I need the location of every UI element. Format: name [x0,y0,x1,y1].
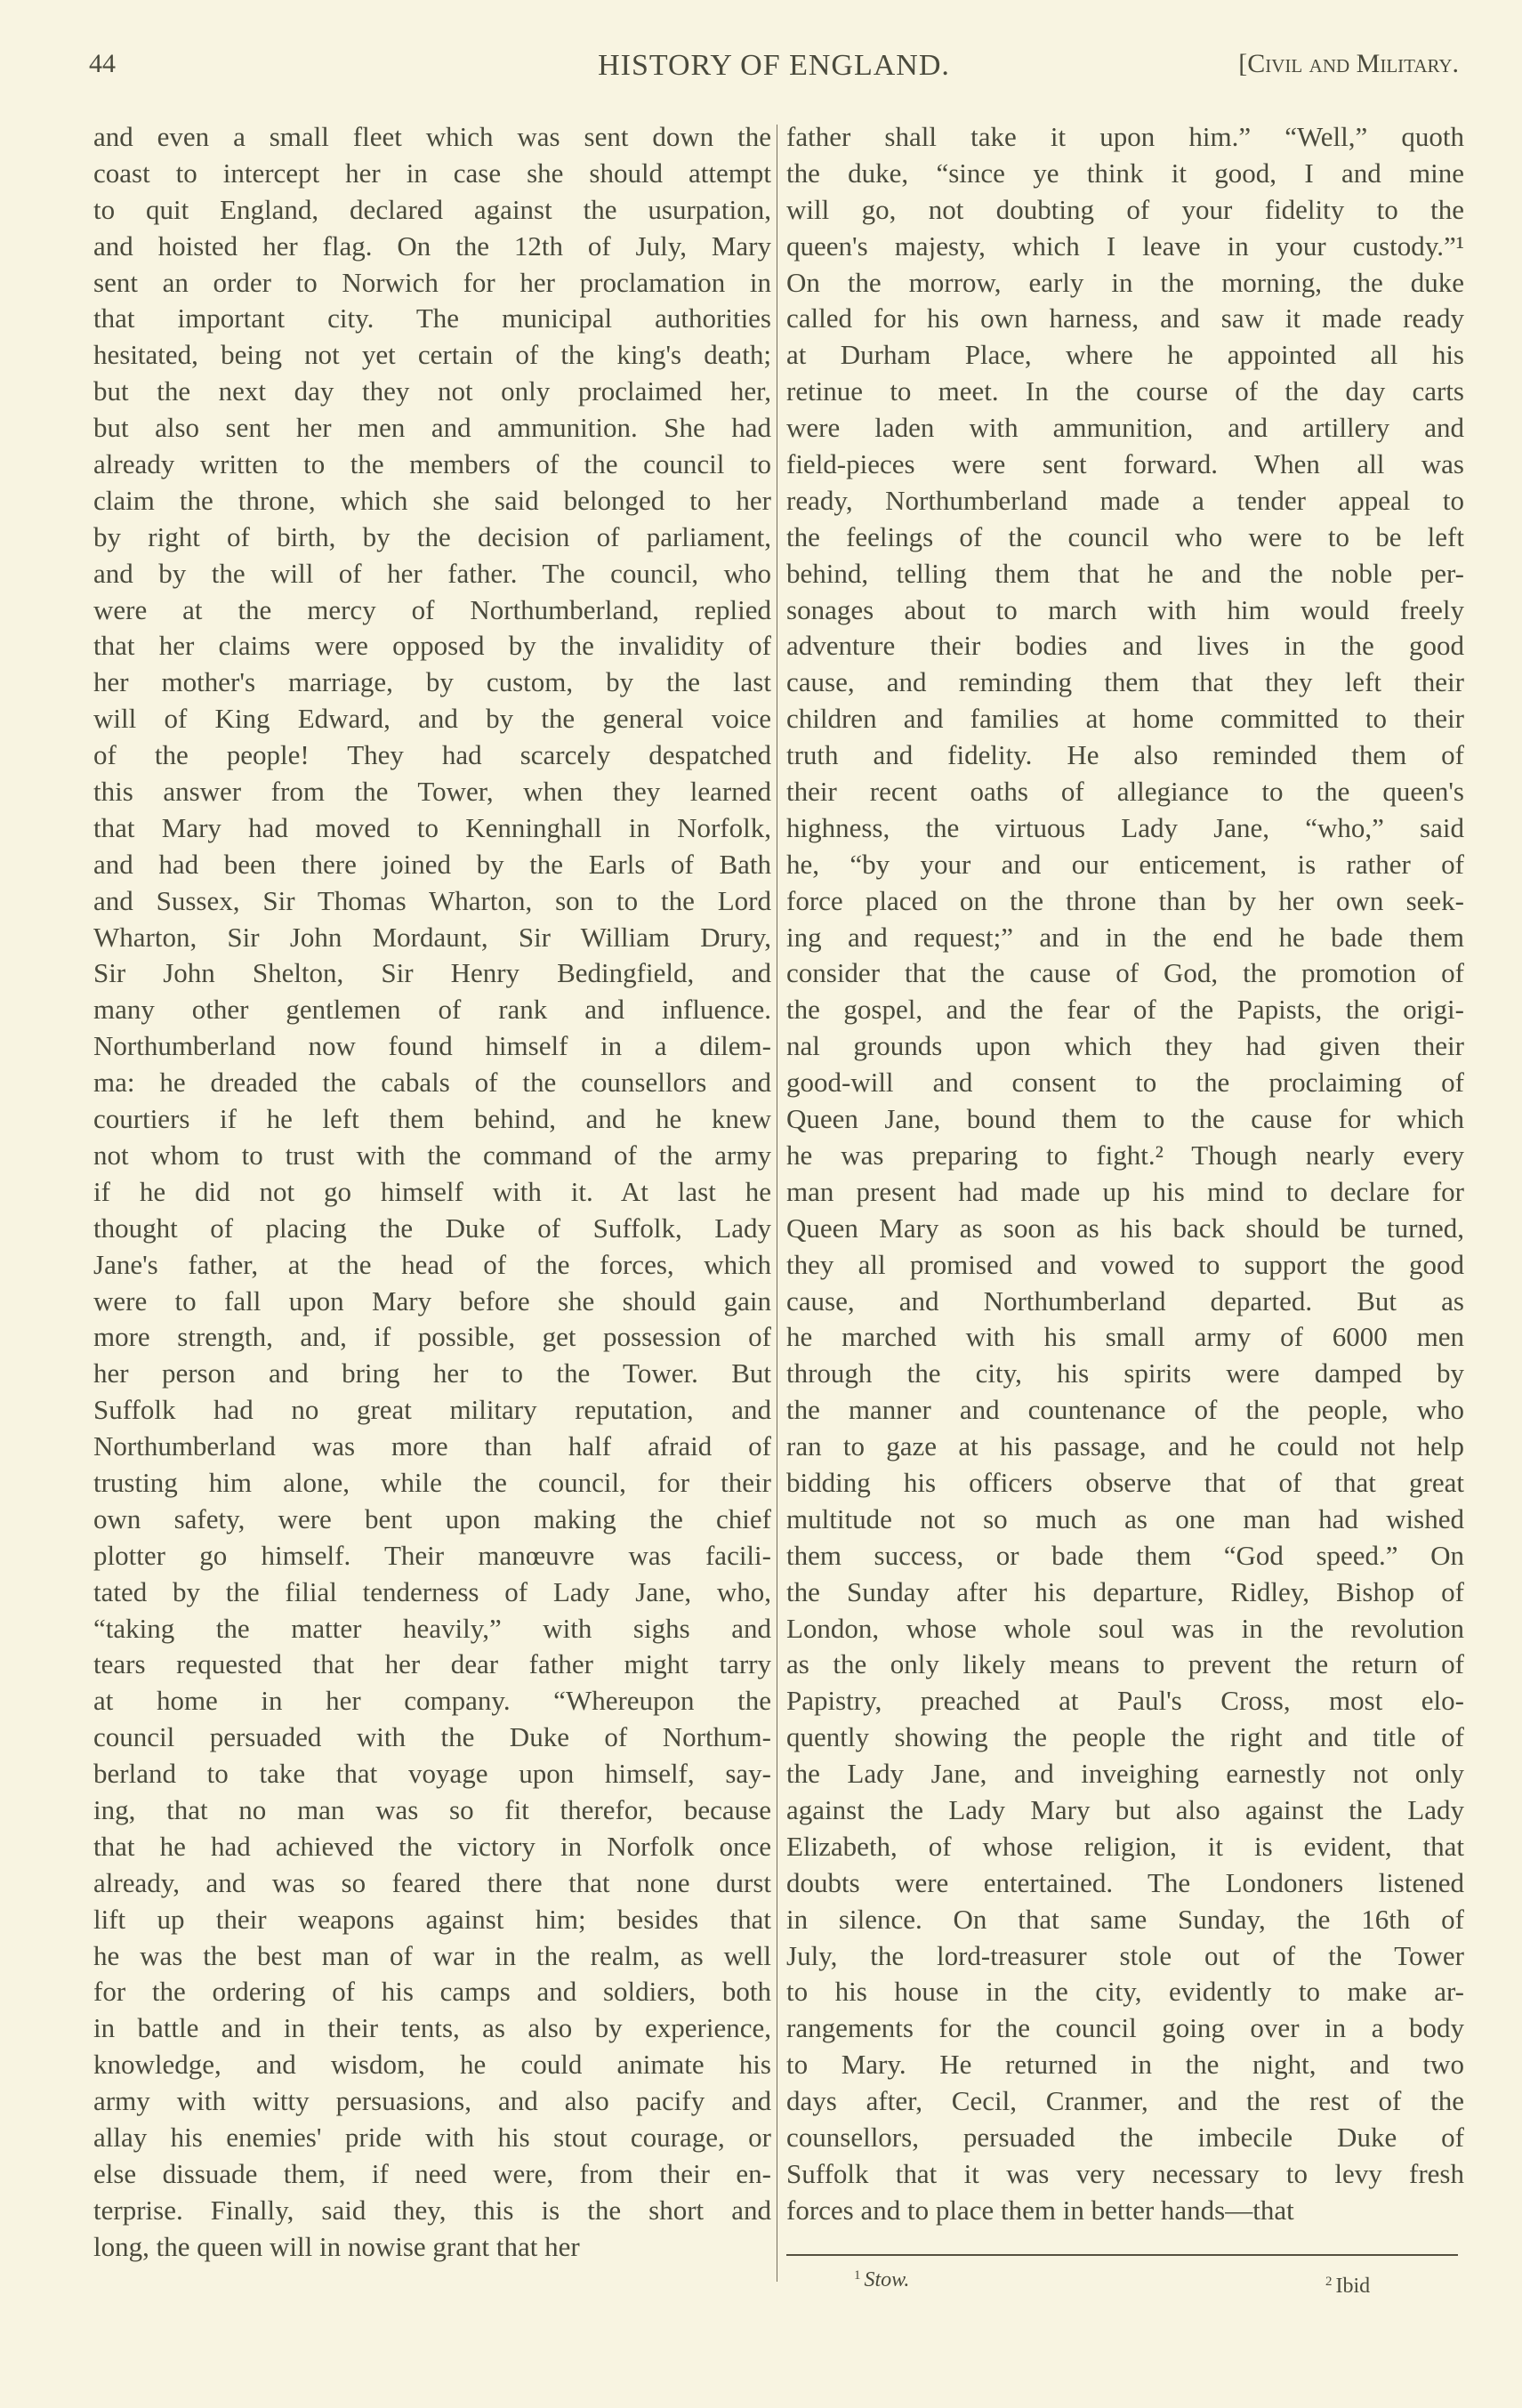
text-line: good-will and consent to the proclaiming… [786,1065,1464,1101]
text-line: the Lady Jane, and inveighing earnestly … [786,1756,1464,1792]
text-line: else dissuade them, if need were, from t… [93,2156,771,2193]
text-line: On the morrow, early in the morning, the… [786,265,1464,302]
text-line: Papistry, preached at Paul's Cross, most… [786,1683,1464,1719]
text-line: cause, and Northumberland departed. But … [786,1284,1464,1320]
text-line: queen's majesty, which I leave in your c… [786,229,1464,265]
text-line: nal grounds upon which they had given th… [786,1028,1464,1065]
text-line: called for his own harness, and saw it m… [786,301,1464,337]
left-column: and even a small fleet which was sent do… [93,119,771,2266]
text-line: the duke, “since ye think it good, I and… [786,156,1464,192]
text-line: berland to take that voyage upon himself… [93,1756,771,1792]
text-line: the gospel, and the fear of the Papists,… [786,992,1464,1028]
text-line: tated by the filial tenderness of Lady J… [93,1574,771,1611]
text-line: forces and to place them in better hands… [786,2193,1464,2229]
text-line: the feelings of the council who were to … [786,519,1464,556]
text-line: doubts were entertained. The Londoners l… [786,1865,1464,1902]
text-line: behind, telling them that he and the nob… [786,556,1464,592]
text-line: not whom to trust with the command of th… [93,1138,771,1174]
right-column: father shall take it upon him.” “Well,” … [786,119,1464,2229]
text-line: army with witty persuasions, and also pa… [93,2083,771,2120]
text-line: that he had achieved the victory in Norf… [93,1829,771,1865]
text-line: for the ordering of his camps and soldie… [93,1974,771,2010]
text-line: own safety, were bent upon making the ch… [93,1502,771,1538]
column-divider [777,125,777,2282]
text-line: that her claims were opposed by the inva… [93,628,771,664]
text-line: to quit England, declared against the us… [93,192,771,229]
text-line: sonages about to march with him would fr… [786,592,1464,629]
text-line: allay his enemies' pride with his stout … [93,2120,771,2156]
text-line: lift up their weapons against him; besid… [93,1902,771,1938]
text-line: were laden with ammunition, and artiller… [786,410,1464,447]
footnote-rule [786,2254,1458,2256]
text-line: more strength, and, if possible, get pos… [93,1319,771,1356]
text-line: rangements for the council going over in… [786,2010,1464,2047]
text-line: to his house in the city, evidently to m… [786,1974,1464,2010]
text-line: truth and fidelity. He also reminded the… [786,737,1464,774]
text-line: in battle and in their tents, as also by… [93,2010,771,2047]
text-line: multitude not so much as one man had wis… [786,1502,1464,1538]
text-line: man present had made up his mind to decl… [786,1174,1464,1211]
text-line: sent an order to Norwich for her proclam… [93,265,771,302]
text-line: that Mary had moved to Kenninghall in No… [93,810,771,847]
text-line: trusting him alone, while the council, f… [93,1465,771,1502]
text-line: counsellors, persuaded the imbecile Duke… [786,2120,1464,2156]
text-line: quently showing the people the right and… [786,1719,1464,1756]
text-line: and even a small fleet which was sent do… [93,119,771,156]
text-line: at Durham Place, where he appointed all … [786,337,1464,374]
text-line: Queen Mary as soon as his back should be… [786,1211,1464,1247]
text-line: and by the will of her father. The counc… [93,556,771,592]
text-line: highness, the virtuous Lady Jane, “who,”… [786,810,1464,847]
footnote-text: Stow. [865,2268,910,2291]
text-line: plotter go himself. Their manœuvre was f… [93,1538,771,1574]
text-line: at home in her company. “Whereupon the [93,1683,771,1719]
text-line: that important city. The municipal autho… [93,301,771,337]
text-line: he marched with his small army of 6000 m… [786,1319,1464,1356]
text-line: London, whose whole soul was in the revo… [786,1611,1464,1647]
text-line: will of King Edward, and by the general … [93,701,771,737]
text-line: her mother's marriage, by custom, by the… [93,664,771,701]
text-line: tears requested that her dear father mig… [93,1647,771,1683]
text-line: consider that the cause of God, the prom… [786,955,1464,992]
text-line: already written to the members of the co… [93,447,771,483]
text-line: many other gentlemen of rank and influen… [93,992,771,1028]
text-line: ready, Northumberland made a tender appe… [786,483,1464,519]
text-line: but the next day they not only proclaime… [93,374,771,410]
footnote-2: 2Ibid [1325,2275,1370,2299]
text-line: were to fall upon Mary before she should… [93,1284,771,1320]
text-line: council persuaded with the Duke of North… [93,1719,771,1756]
text-line: days after, Cecil, Cranmer, and the rest… [786,2083,1464,2120]
text-line: thought of placing the Duke of Suffolk, … [93,1211,771,1247]
text-line: children and families at home committed … [786,701,1464,737]
text-line: Queen Jane, bound them to the cause for … [786,1101,1464,1138]
text-line: Suffolk had no great military reputation… [93,1392,771,1429]
text-line: field-pieces were sent forward. When all… [786,447,1464,483]
text-line: and had been there joined by the Earls o… [93,847,771,883]
text-line: but also sent her men and ammunition. Sh… [93,410,771,447]
footnote-1: 1Stow. [854,2268,909,2292]
footnote-mark: 1 [854,2268,861,2283]
text-line: ran to gaze at his passage, and he could… [786,1429,1464,1465]
text-line: Wharton, Sir John Mordaunt, Sir William … [93,920,771,956]
text-line: ma: he dreaded the cabals of the counsel… [93,1065,771,1101]
text-line: of the people! They had scarcely despatc… [93,737,771,774]
text-line: “taking the matter heavily,” with sighs … [93,1611,771,1647]
text-line: coast to intercept her in case she shoul… [93,156,771,192]
text-line: ing and request;” and in the end he bade… [786,920,1464,956]
text-line: courtiers if he left them behind, and he… [93,1101,771,1138]
text-line: he, “by your and our enticement, is rath… [786,847,1464,883]
text-line: the Sunday after his departure, Ridley, … [786,1574,1464,1611]
text-line: terprise. Finally, said they, this is th… [93,2193,771,2229]
text-line: adventure their bodies and lives in the … [786,628,1464,664]
text-line: in silence. On that same Sunday, the 16t… [786,1902,1464,1938]
text-line: long, the queen will in nowise grant tha… [93,2229,771,2266]
text-line: her person and bring her to the Tower. B… [93,1356,771,1392]
text-line: July, the lord-treasurer stole out of th… [786,1938,1464,1975]
text-line: father shall take it upon him.” “Well,” … [786,119,1464,156]
text-line: hesitated, being not yet certain of the … [93,337,771,374]
text-line: if he did not go himself with it. At las… [93,1174,771,1211]
text-line: the manner and countenance of the people… [786,1392,1464,1429]
text-line: retinue to meet. In the course of the da… [786,374,1464,410]
text-line: Northumberland now found himself in a di… [93,1028,771,1065]
text-line: by right of birth, by the decision of pa… [93,519,771,556]
text-line: as the only likely means to prevent the … [786,1647,1464,1683]
text-line: will go, not doubting of your fidelity t… [786,192,1464,229]
text-line: them success, or bade them “God speed.” … [786,1538,1464,1574]
text-line: against the Lady Mary but also against t… [786,1792,1464,1829]
text-line: he was the best man of war in the realm,… [93,1938,771,1975]
text-line: this answer from the Tower, when they le… [93,774,771,810]
text-line: Jane's father, at the head of the forces… [93,1247,771,1284]
footnote-text: Ibid [1336,2275,1371,2298]
text-line: claim the throne, which she said belonge… [93,483,771,519]
running-header: 44 HISTORY OF ENGLAND. [Civil and Milita… [89,49,1459,93]
text-line: already, and was so feared there that no… [93,1865,771,1902]
text-line: bidding his officers observe that of tha… [786,1465,1464,1502]
text-line: Suffolk that it was very necessary to le… [786,2156,1464,2193]
text-line: their recent oaths of allegiance to the … [786,774,1464,810]
text-line: and Sussex, Sir Thomas Wharton, son to t… [93,883,771,920]
text-line: Elizabeth, of whose religion, it is evid… [786,1829,1464,1865]
text-line: to Mary. He returned in the night, and t… [786,2047,1464,2083]
text-line: he was preparing to fight.² Though nearl… [786,1138,1464,1174]
text-line: force placed on the throne than by her o… [786,883,1464,920]
section-title: [Civil and Military. [1238,49,1459,79]
text-line: knowledge, and wisdom, he could animate … [93,2047,771,2083]
text-line: through the city, his spirits were dampe… [786,1356,1464,1392]
text-line: they all promised and vowed to support t… [786,1247,1464,1284]
footnote-mark: 2 [1325,2275,1333,2289]
text-line: ing, that no man was so fit therefor, be… [93,1792,771,1829]
text-line: Sir John Shelton, Sir Henry Bedingfield,… [93,955,771,992]
text-line: and hoisted her flag. On the 12th of Jul… [93,229,771,265]
text-line: Northumberland was more than half afraid… [93,1429,771,1465]
text-line: were at the mercy of Northumberland, rep… [93,592,771,629]
text-line: cause, and reminding them that they left… [786,664,1464,701]
